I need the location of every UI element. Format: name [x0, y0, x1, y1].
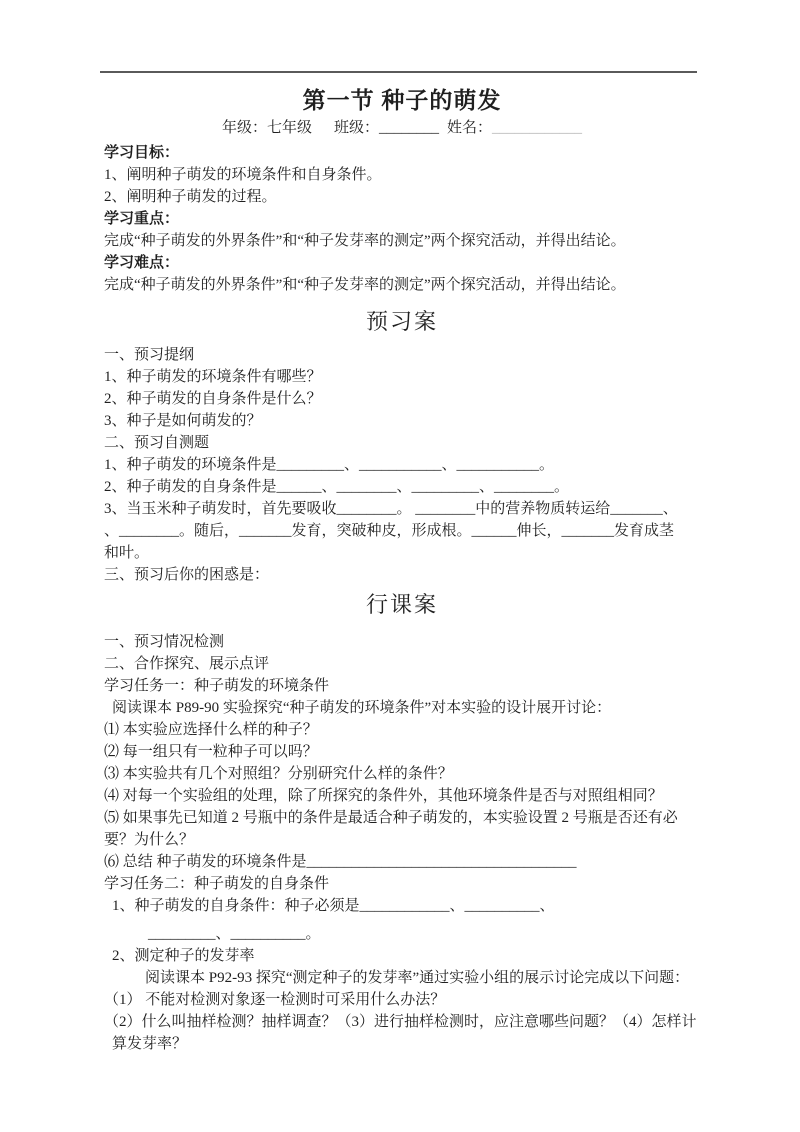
task2-intro: 阅读课本 P92-93 探究“测定种子的发芽率”通过实验小组的展示讨论完成以下问…	[104, 967, 700, 989]
difficulties-body: 完成“种子萌发的外界条件”和“种子发芽率的测定”两个探究活动，并得出结论。	[104, 274, 700, 296]
task1-intro: 阅读课本 P89-90 实验探究“种子萌发的环境条件”对本实验的设计展开讨论：	[104, 697, 700, 719]
preview-section-heading: 预习案	[104, 307, 700, 337]
lesson-section-heading: 行课案	[104, 590, 700, 620]
task1-question: ⑵ 每一组只有一粒种子可以吗？	[104, 741, 700, 763]
task1-question: ⑶ 本实验共有几个对照组？分别研究什么样的条件？	[104, 763, 700, 785]
meta-line: 年级：七年级班级：________姓名：____________	[104, 116, 700, 140]
lesson-explore-heading: 二、合作探究、展示点评	[104, 653, 700, 675]
objective-item: 2、阐明种子萌发的过程。	[104, 186, 700, 208]
task2-item1-line2: _________、__________。	[104, 923, 700, 945]
task2-item1-line1: 1、种子萌发的自身条件：种子必须是____________、__________…	[104, 895, 700, 917]
task1-question: ⑷ 对每一个实验组的处理，除了所探究的条件外，其他环境条件是否与对照组相同？	[104, 785, 700, 807]
task1-question: ⑸ 如果事先已知道 2 号瓶中的条件是最适合种子萌发的，本实验设置 2 号瓶是否…	[104, 807, 700, 829]
preview-outline-heading: 一、预习提纲	[104, 344, 700, 366]
class-blank: ________	[379, 120, 439, 136]
name-blank: ____________	[492, 120, 582, 136]
selftest-line: 2、种子萌发的自身条件是______、________、_________、__…	[104, 476, 700, 498]
page-title: 第一节 种子的萌发	[104, 86, 700, 116]
grade-label-value: 年级：七年级	[222, 120, 312, 136]
difficulties-heading: 学习难点：	[104, 252, 700, 274]
preview-outline-item: 1、种子萌发的环境条件有哪些？	[104, 366, 700, 388]
task2-question-wrap: 算发芽率？	[104, 1033, 700, 1055]
preview-selftest-heading: 二、预习自测题	[104, 432, 700, 454]
task1-question-wrap: 要？为什么？	[104, 829, 700, 851]
header-rule	[100, 71, 697, 73]
task2-question: （2）什么叫抽样检测？抽样调查？（3）进行抽样检测时，应注意哪些问题？（4）怎样…	[104, 1011, 700, 1033]
keypoints-heading: 学习重点：	[104, 208, 700, 230]
task2-item2-heading: 2、测定种子的发芽率	[104, 945, 700, 967]
task1-question: ⑴ 本实验应选择什么样的种子？	[104, 719, 700, 741]
preview-outline-item: 2、种子萌发的自身条件是什么？	[104, 388, 700, 410]
task1-heading: 学习任务一：种子萌发的环境条件	[104, 675, 700, 697]
worksheet-page: 第一节 种子的萌发 年级：七年级班级：________姓名：__________…	[0, 0, 800, 1132]
selftest-line: 、________。随后，_______发育，突破种皮，形成根。______伸长…	[104, 520, 700, 542]
objectives-heading: 学习目标：	[104, 142, 700, 164]
objective-item: 1、阐明种子萌发的环境条件和自身条件。	[104, 164, 700, 186]
selftest-line: 3、当玉米种子萌发时，首先要吸收________。 ________中的营养物质…	[104, 498, 700, 520]
keypoints-body: 完成“种子萌发的外界条件”和“种子发芽率的测定”两个探究活动，并得出结论。	[104, 230, 700, 252]
selftest-line: 1、种子萌发的环境条件是_________、___________、______…	[104, 454, 700, 476]
document-content: 第一节 种子的萌发 年级：七年级班级：________姓名：__________…	[104, 86, 700, 1055]
lesson-check-heading: 一、预习情况检测	[104, 631, 700, 653]
preview-confusion-heading: 三、预习后你的困惑是：	[104, 564, 700, 586]
task2-heading: 学习任务二：种子萌发的自身条件	[104, 873, 700, 895]
selftest-line: 和叶。	[104, 542, 700, 564]
task2-question: （1） 不能对检测对象逐一检测时可采用什么办法？	[104, 989, 700, 1011]
preview-outline-item: 3、种子是如何萌发的？	[104, 410, 700, 432]
class-label: 班级：	[334, 120, 379, 136]
task1-summary: ⑹ 总结 种子萌发的环境条件是_________________________…	[104, 851, 700, 873]
name-label: 姓名：	[447, 120, 492, 136]
